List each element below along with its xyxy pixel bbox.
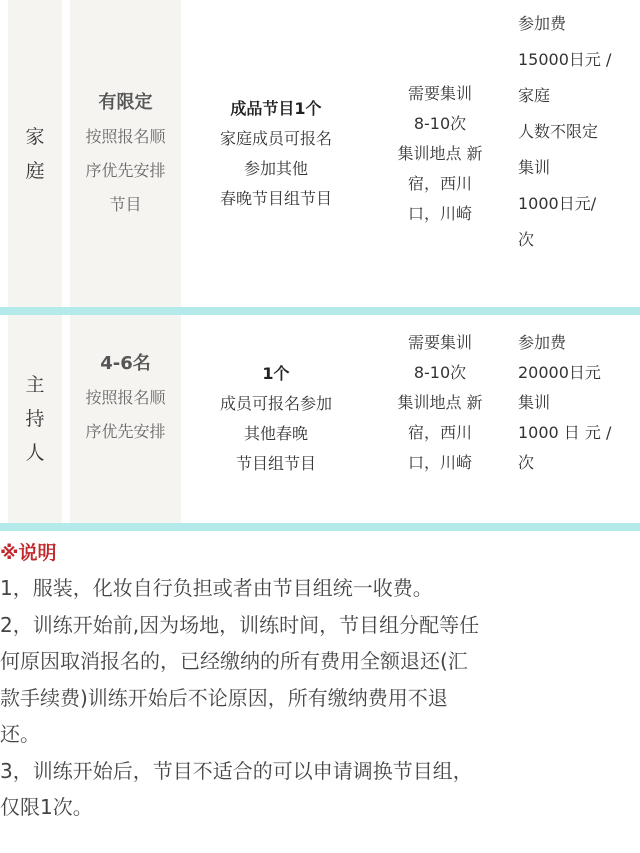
- limit-line: 序优先安排: [85, 154, 165, 188]
- program-heading: 1个: [262, 359, 289, 389]
- fee-line: 人数不限定: [518, 114, 598, 150]
- category-cell: 主 持 人: [8, 315, 62, 523]
- limit-line: 节目: [109, 188, 141, 222]
- fee-line: 次: [518, 448, 534, 478]
- program-line: 家庭成员可报名: [220, 124, 332, 154]
- limit-line: 按照报名顺: [85, 120, 165, 154]
- program-heading: 成品节目1个: [230, 94, 321, 124]
- table-row-family: 家 庭 有限定 按照报名顺 序优先安排 节目 成品节目1个 家庭成员可报名 参加…: [0, 0, 640, 307]
- fee-line: 1000日元/: [518, 186, 596, 222]
- fee-line: 集训: [518, 388, 550, 418]
- category-char: 人: [25, 436, 44, 470]
- limit-line: 序优先安排: [85, 415, 165, 449]
- note-line: 还。: [0, 716, 640, 753]
- limit-heading: 有限定: [99, 86, 153, 120]
- training-line: 8-10次: [414, 109, 466, 139]
- fee-line: 参加费: [518, 328, 566, 358]
- training-line: 需要集训: [408, 79, 472, 109]
- note-line: 2，训练开始前,因为场地，训练时间，节目组分配等任: [0, 607, 640, 644]
- row-separator: [0, 523, 640, 531]
- fee-line: 15000日元 /: [518, 42, 611, 78]
- note-line: 仅限1次。: [0, 789, 640, 826]
- program-cell: 成品节目1个 家庭成员可报名 参加其他 春晚节目组节目: [190, 0, 362, 307]
- note-line: 何原因取消报名的，已经缴纳的所有费用全额退还(汇: [0, 643, 640, 680]
- notes-section: ※说明 1，服装，化妆自行负担或者由节目组统一收费。 2，训练开始前,因为场地，…: [0, 536, 640, 826]
- training-cell: 需要集训 8-10次 集训地点 新 宿，西川 口，川崎: [380, 0, 500, 307]
- program-line: 节目组节目: [236, 449, 316, 479]
- limit-cell: 4-6名 按照报名顺 序优先安排: [70, 315, 181, 523]
- notes-title: ※说明: [0, 536, 640, 570]
- fee-cell: 参加费 15000日元 / 家庭 人数不限定 集训 1000日元/ 次: [518, 0, 636, 307]
- program-line: 成员可报名参加: [220, 389, 332, 419]
- note-line: 3，训练开始后，节目不适合的可以申请调换节目组，: [0, 753, 640, 790]
- row-separator: [0, 307, 640, 315]
- training-line: 集训地点 新: [397, 139, 482, 169]
- fee-line: 集训: [518, 150, 550, 186]
- category-char: 持: [25, 402, 44, 436]
- category-char: 主: [25, 368, 44, 402]
- fee-line: 20000日元: [518, 358, 601, 388]
- training-line: 8-10次: [414, 358, 466, 388]
- training-line: 需要集训: [408, 328, 472, 358]
- program-line: 参加其他: [244, 154, 308, 184]
- program-line: 其他春晚: [244, 419, 308, 449]
- limit-line: 按照报名顺: [85, 381, 165, 415]
- category-cell: 家 庭: [8, 0, 62, 307]
- note-line: 款手续费)训练开始后不论原因，所有缴纳费用不退: [0, 680, 640, 717]
- training-line: 宿，西川: [408, 418, 472, 448]
- limit-cell: 有限定 按照报名顺 序优先安排 节目: [70, 0, 181, 307]
- fee-cell: 参加费 20000日元 集训 1000 日 元 / 次: [518, 315, 636, 523]
- training-line: 口，川崎: [408, 448, 472, 478]
- category-char: 庭: [25, 154, 44, 188]
- program-line: 春晚节目组节目: [220, 184, 332, 214]
- fee-line: 1000 日 元 /: [518, 418, 611, 448]
- training-cell: 需要集训 8-10次 集训地点 新 宿，西川 口，川崎: [380, 315, 500, 523]
- program-cell: 1个 成员可报名参加 其他春晚 节目组节目: [190, 315, 362, 523]
- fee-line: 参加费: [518, 6, 566, 42]
- fee-line: 次: [518, 222, 534, 258]
- table-row-host: 主 持 人 4-6名 按照报名顺 序优先安排 1个 成员可报名参加 其他春晚 节…: [0, 315, 640, 523]
- training-line: 口，川崎: [408, 199, 472, 229]
- category-char: 家: [25, 120, 44, 154]
- training-line: 集训地点 新: [397, 388, 482, 418]
- fee-line: 家庭: [518, 78, 550, 114]
- note-line: 1，服装，化妆自行负担或者由节目组统一收费。: [0, 570, 640, 607]
- training-line: 宿，西川: [408, 169, 472, 199]
- limit-heading: 4-6名: [100, 347, 151, 381]
